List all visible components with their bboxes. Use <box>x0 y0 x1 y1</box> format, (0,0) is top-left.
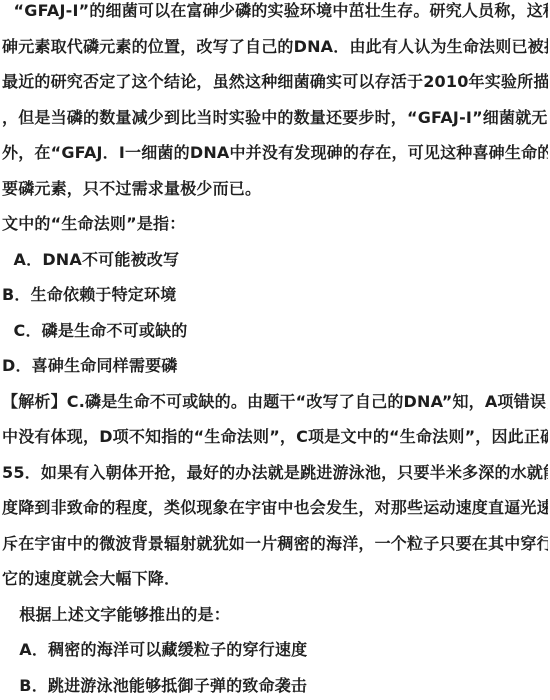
passage-55-line: 斥在宇宙中的微波背景辐射就犹如一片稠密的海洋，一个粒子只要在其中穿行几亿光年， <box>2 526 548 562</box>
passage-54-line: 外，在“GFAJ．I一细菌的DNA中并没有发现砷的存在，可见这种喜砷生命的生存同… <box>2 135 548 171</box>
passage-55-line: 度降到非致命的程度，类似现象在宇宙中也会发生，对那些运动速度直逼光速的粒子，充 <box>2 490 548 526</box>
question-55-option-a: A．稠密的海洋可以藏缓粒子的穿行速度 <box>2 632 548 668</box>
passage-54-line: 要磷元素，只不过需求量极少而已。 <box>2 171 548 207</box>
exam-document: “GFAJ-I”的细菌可以在富砷少磷的实验环境中茁壮生存。研究人员称，这种细菌已… <box>0 0 550 700</box>
question-54-stem: 文中的“生命法则”是指： <box>2 206 548 242</box>
question-54-option-d: D．喜砷生命同样需要磷 <box>2 348 548 384</box>
passage-54-line: 砷元素取代磷元素的位置，改写了自己的DNA．由此有人认为生命法则已被推翻．然而， <box>2 29 548 65</box>
analysis-54-line: 【解析】C.磷是生命不可或缺的。由题干“改写了自己的DNA”知，A项错误；B项文… <box>2 384 548 420</box>
passage-55-line: 它的速度就会大幅下降． <box>2 561 548 597</box>
document-text: “GFAJ-I”的细菌可以在富砷少磷的实验环境中茁壮生存。研究人员称，这种细菌已… <box>2 0 548 700</box>
passage-54-line: 最近的研究否定了这个结论，虽然这种细菌确实可以存活于2010年实验所描述的环境中 <box>2 64 548 100</box>
passage-55-line: 55．如果有入朝体开抢，最好的办法就是跳进游泳池，只要半米多深的水就能把子弹的速 <box>2 455 548 491</box>
question-55-stem: 根据上述文字能够推出的是： <box>2 597 548 633</box>
analysis-54-line: 中没有体现，D项不知指的“生命法则”，C项是文中的“生命法则”，因此正确答案为C <box>2 419 548 455</box>
passage-54-line: ，但是当磷的数量减少到比当时实验中的数量还要步时，“GFAJ-I”细菌就无法存活… <box>2 100 548 136</box>
question-54-option-b: B．生命依赖于特定环境 <box>2 277 548 313</box>
question-54-option-c: C．磷是生命不可或缺的 <box>2 313 548 349</box>
question-54-option-a: A．DNA不可能被改写 <box>2 242 548 278</box>
question-55-option-b: B．跳进游泳池能够抵御子弹的致命袭击 <box>2 668 548 700</box>
passage-54-line: “GFAJ-I”的细菌可以在富砷少磷的实验环境中茁壮生存。研究人员称，这种细菌已… <box>2 0 548 29</box>
